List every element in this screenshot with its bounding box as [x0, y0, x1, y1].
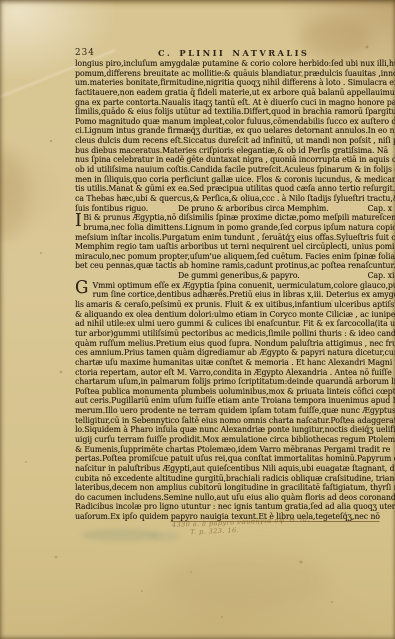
line-text: Memphim regio tam uaſtis arboribus ut te… — [75, 241, 394, 251]
line-text: chartæ uſu maxime humanitas uitæ conſtet… — [75, 357, 395, 367]
line-text: cleus dulcis dum recens eſt.Siccatus dur… — [75, 135, 395, 145]
line-text: miraculo,nec pomum propter,uſum'ue aliqu… — [75, 251, 395, 261]
line-text: gna ex parte contorta.Naualis itaqʒ tant… — [75, 97, 395, 107]
page-number: 234 — [75, 48, 95, 58]
line-text: cubita nō excedente altitudine gurgitū,b… — [75, 473, 395, 483]
line-text: chartarum uſum,in palmarum folijs primo … — [75, 376, 395, 386]
line-text: tur arbor)gummi utiliſsimū pectoribus ac… — [75, 328, 395, 338]
line-text: meſsium inſtar incolis.Purgatum enim tun… — [75, 232, 395, 242]
line-text: bet ceu pennas,quæ tactis ab homine rami… — [75, 260, 395, 270]
line-text: ces amnium.Prius tamen quàm digrediamur … — [75, 347, 395, 357]
paper-stain — [0, 150, 26, 240]
line-text: ci.Lignum intus grande firmæq́ʒ duritiæ,… — [75, 125, 395, 135]
running-title: C. PLINII NATVRALIS — [158, 48, 309, 58]
paper-stain — [160, 548, 330, 608]
line-text: men in ſiliquis,quo coria perficiunt gal… — [75, 174, 395, 184]
line-text: factitauere,non eadem gratia q̄ fideli m… — [75, 87, 395, 97]
line-text: Vmmi optimum eſſe ex Ægyptia ſpina conue… — [92, 280, 395, 290]
line-text: uigij curſu terram fuiſſe prodidit.Mox æ… — [75, 434, 395, 444]
line-text: bruma,nec folia dimittens.Lignum in pomo… — [83, 222, 395, 232]
line-text: bus diebus maceratus.Materies criſpioris… — [75, 145, 388, 155]
line-text: Poſtea publica monumenta plumbeis uolumi… — [75, 386, 395, 396]
line-text: & aliquando ex olea dentium dolori:ulmo … — [75, 309, 395, 319]
line-text: do cacumen includens.Semine nullo,aut uſ… — [75, 492, 395, 502]
line-text: ad nihil utile:ex ulmi uero gummi & culi… — [75, 318, 395, 328]
paper-foxing-specks — [0, 0, 2, 2]
line-text: lis amaris & ceraſo,peſsimū ex prunis. F… — [75, 299, 395, 309]
line-text: lateribus,decem non amplius cubitorū lon… — [75, 482, 395, 492]
line-text: telligitur,cū in Sebennytico ſaltē eius … — [75, 415, 395, 425]
line-text: ſimilis,quādo & eius folijs utūtur ad te… — [75, 106, 395, 116]
line-text: tis utilis.Manat & gūmi ex ea.Sed præcip… — [75, 183, 395, 193]
line-text: rum ſine cortice,dentibus adhærēs.Pretiū… — [92, 289, 395, 299]
line-text: longius piro,incluſum amygdalæ putamine … — [75, 58, 395, 68]
line-text: merum.Illo uero prodente ne terram quide… — [75, 405, 395, 415]
line-text: ob id utiliſsima nauium coſtis.Candida f… — [75, 164, 395, 174]
line-text: ca Thebas hæc,ubi & quercus,& Perſica,& … — [75, 193, 395, 203]
line-text: & Eumenis,ſupprimēte chartas Ptolemæo,id… — [75, 444, 390, 454]
line-text: nus ſpina celebratur in eadē gēte duntax… — [75, 154, 395, 164]
line-text: um.materies bonitate,firmitudine,nigriti… — [75, 77, 395, 87]
line-text: lo.Siquidem à Pharo inſula quæ nunc Alex… — [75, 424, 395, 434]
line-text: quàm ruſſum melius.Pretium eius quod ſup… — [75, 338, 395, 348]
line-text: Pomo magnitudo quæ manum impleat,color f… — [75, 116, 395, 126]
line-text: aut ceris.Pugillariū enim uſum fuiſſe et… — [75, 395, 395, 405]
line-text: Bi & prunus Ægyptia,nō diſsimilis ſpinæ … — [83, 212, 395, 222]
line-text: uaſorum.Ex ipſo quidem — [75, 511, 171, 521]
line-text: pertas.Poſtea promiſcue patuit uſus rei,… — [75, 453, 395, 463]
line-text: ctoria repertam, autor eſt M. Varro,cond… — [75, 367, 392, 377]
show-through-mark — [82, 529, 160, 541]
text-block: longius piro,incluſum amygdalæ putamine … — [75, 59, 395, 522]
line-text: pomum,differens breuitate ac mollitie:& … — [75, 68, 395, 78]
book-page: 234 C. PLINII NATVRALIS longius piro,inc… — [0, 0, 395, 639]
line-text: Radicibus incolæ pro ligno utuntur : nec… — [75, 501, 395, 511]
line-text: naſcitur in paluſtribus Ægypti,aut quieſ… — [75, 463, 395, 473]
paper-stain — [300, 18, 370, 58]
